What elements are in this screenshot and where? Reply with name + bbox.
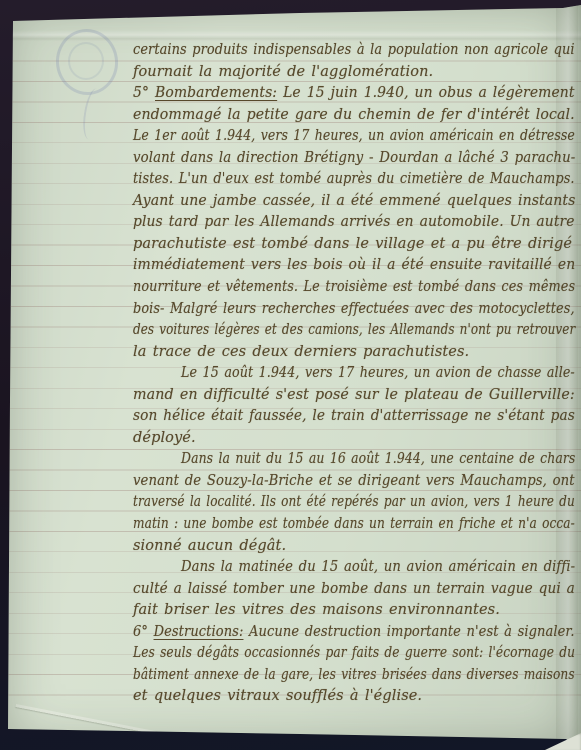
photo-vignette xyxy=(0,0,581,750)
photo-background: certains produits indispensables à la po… xyxy=(0,0,581,750)
manuscript-page: certains produits indispensables à la po… xyxy=(0,0,581,750)
